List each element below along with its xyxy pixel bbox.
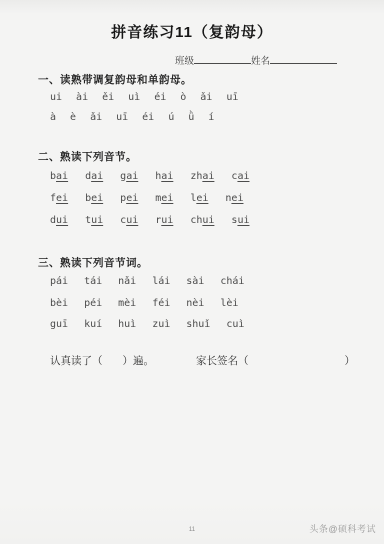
section3-row3: guī kuí huì zuì shuǐ cuì (50, 319, 244, 330)
pinyin-final: à (50, 112, 56, 123)
pinyin-final: uī (116, 112, 128, 123)
pinyin-word: mèi (118, 298, 136, 309)
pinyin-syllable: tui (85, 215, 103, 226)
section1-row2: à è ǎi uī éi ú ǜ í (50, 112, 214, 123)
class-label: 班级 (175, 56, 194, 67)
syllable-rime-underlined: ei (126, 193, 138, 204)
pinyin-syllable: bei (85, 193, 103, 204)
pinyin-word: zuì (152, 319, 170, 330)
pinyin-syllable: gai (120, 171, 138, 182)
class-blank-line (194, 54, 251, 64)
pinyin-word: guī (50, 319, 68, 330)
syllable-rime-underlined: ai (237, 171, 249, 182)
pinyin-syllable: dui (50, 215, 68, 226)
pinyin-word: kuí (84, 319, 102, 330)
pinyin-final: éi (142, 112, 154, 123)
pinyin-word: tái (84, 276, 102, 287)
syllable-rime-underlined: ui (56, 215, 68, 226)
syllable-rime-underlined: ei (91, 193, 103, 204)
syllable-rime-underlined: ui (161, 215, 173, 226)
pinyin-word: féi (152, 298, 170, 309)
section1-heading: 一、读熟带调复韵母和单韵母。 (38, 72, 192, 87)
pinyin-final: ǜ (188, 112, 194, 123)
section2-row3: dui tui cui rui chui sui (50, 215, 249, 226)
pinyin-syllable: fei (50, 193, 68, 204)
syllable-rime-underlined: ui (126, 215, 138, 226)
syllable-onset: ch (190, 215, 202, 226)
section2-row1: bai dai gai hai zhai cai (50, 171, 249, 182)
syllable-rime-underlined: ei (196, 193, 208, 204)
pinyin-word: huì (118, 319, 136, 330)
pinyin-word: chái (220, 276, 244, 287)
pinyin-word: cuì (226, 319, 244, 330)
section3-row2: bèi péi mèi féi nèi lèi (50, 298, 238, 309)
syllable-rime-underlined: ai (126, 171, 138, 182)
pinyin-syllable: bai (50, 171, 68, 182)
name-blank-line (270, 54, 337, 64)
syllable-rime-underlined: ai (56, 171, 68, 182)
section3-heading: 三、熟读下列音节词。 (38, 255, 148, 270)
pinyin-final: uì (128, 92, 140, 103)
pinyin-final: ui (50, 92, 62, 103)
pinyin-word: shuǐ (186, 319, 210, 330)
pinyin-final: è (70, 112, 76, 123)
worksheet-title: 拼音练习11（复韵母） (0, 21, 384, 42)
syllable-rime-underlined: ai (202, 171, 214, 182)
pinyin-word: nèi (186, 298, 204, 309)
student-info-row: 班级姓名 (175, 53, 337, 67)
pinyin-final: ò (180, 92, 186, 103)
pinyin-final: ǎi (90, 112, 102, 123)
pinyin-syllable: cui (120, 215, 138, 226)
section2-row2: fei bei pei mei lei nei (50, 193, 243, 204)
syllable-rime-underlined: ei (161, 193, 173, 204)
syllable-rime-underlined: ai (91, 171, 103, 182)
parent-signature-close-paren: ） (345, 355, 356, 367)
pinyin-syllable: pei (120, 193, 138, 204)
section2-heading: 二、熟读下列音节。 (38, 149, 137, 164)
syllable-rime-underlined: ai (161, 171, 173, 182)
pinyin-syllable: chui (190, 215, 214, 226)
pinyin-final: éi (154, 92, 166, 103)
pinyin-syllable: dai (85, 171, 103, 182)
syllable-rime-underlined: ui (91, 215, 103, 226)
watermark-text: 头条@硕科考试 (309, 522, 376, 535)
pinyin-word: pái (50, 276, 68, 287)
pinyin-final: ú (168, 112, 174, 123)
parent-signature-label: 家长签名（ (196, 355, 249, 367)
worksheet-page: 拼音练习11（复韵母） 班级姓名 一、读熟带调复韵母和单韵母。 ui ài ěi… (0, 0, 384, 544)
reading-count-and-signature-line: 认真读了（）遍。家长签名（） (50, 353, 348, 368)
pinyin-syllable: rui (155, 215, 173, 226)
pinyin-syllable: nei (225, 193, 243, 204)
pinyin-syllable: cai (231, 171, 249, 182)
read-count-suffix: ）遍。 (123, 355, 155, 367)
pinyin-final: ěi (102, 92, 114, 103)
pinyin-final: uī (226, 92, 238, 103)
pinyin-word: nǎi (118, 276, 136, 287)
syllable-rime-underlined: ei (56, 193, 68, 204)
section3-row1: pái tái nǎi lái sài chái (50, 276, 244, 287)
pinyin-syllable: mei (155, 193, 173, 204)
syllable-rime-underlined: ei (231, 193, 243, 204)
pinyin-word: péi (84, 298, 102, 309)
pinyin-final: í (208, 112, 214, 123)
pinyin-word: sài (186, 276, 204, 287)
section1-row1: ui ài ěi uì éi ò ǎi uī (50, 92, 238, 103)
syllable-rime-underlined: ui (237, 215, 249, 226)
pinyin-syllable: sui (231, 215, 249, 226)
pinyin-word: bèi (50, 298, 68, 309)
pinyin-syllable: zhai (190, 171, 214, 182)
syllable-onset: zh (190, 171, 202, 182)
pinyin-final: ài (76, 92, 88, 103)
syllable-rime-underlined: ui (202, 215, 214, 226)
pinyin-word: lái (152, 276, 170, 287)
pinyin-syllable: lei (190, 193, 208, 204)
name-label: 姓名 (251, 56, 270, 67)
pinyin-syllable: hai (155, 171, 173, 182)
read-count-label: 认真读了（ (50, 355, 103, 367)
pinyin-final: ǎi (200, 92, 212, 103)
pinyin-word: lèi (220, 298, 238, 309)
